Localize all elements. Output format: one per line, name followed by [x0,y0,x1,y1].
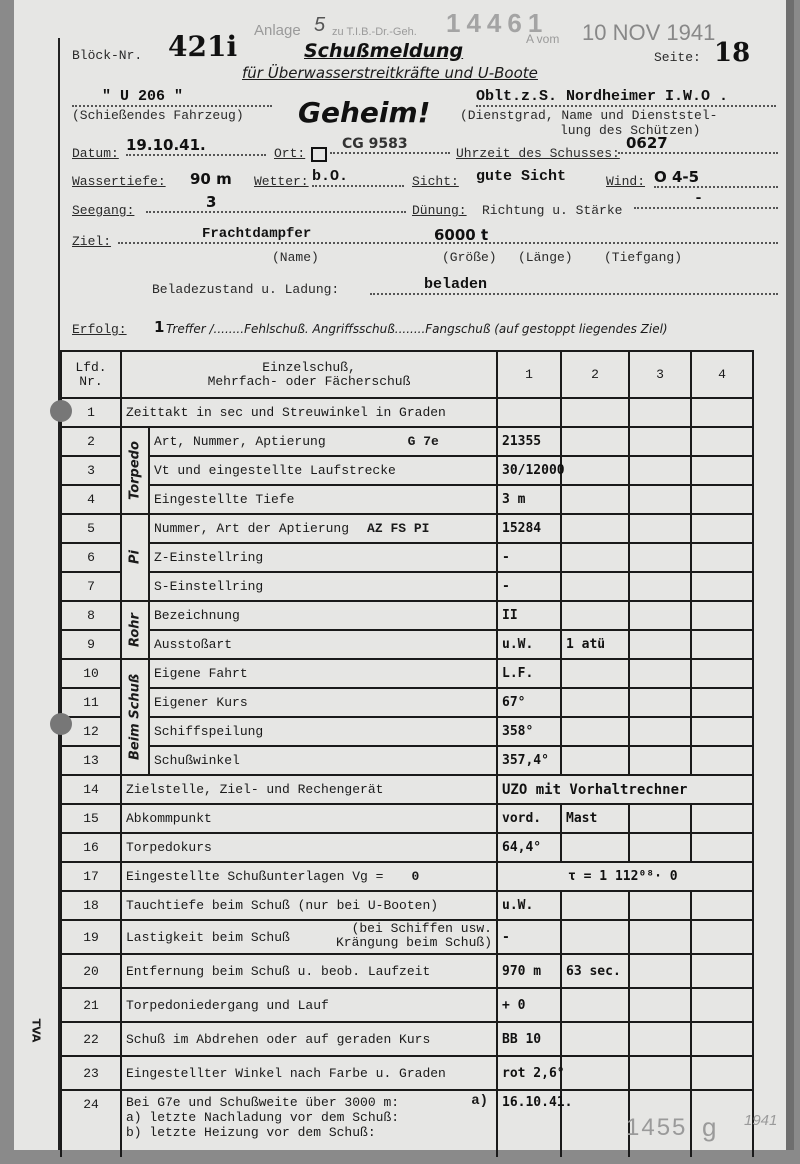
page-number: 18 [714,38,750,68]
row-value-4[interactable] [691,746,753,775]
row-value-1[interactable]: 64,4° [497,833,561,862]
row-value-4[interactable] [691,988,753,1022]
row-value-3[interactable] [629,1056,691,1090]
row-value-3[interactable] [629,804,691,833]
row-value-2[interactable] [561,601,629,630]
row-nr: 9 [61,630,121,659]
row-value-4[interactable] [691,804,753,833]
row-value-4[interactable] [691,920,753,954]
punch-hole-bottom [50,713,72,735]
row-value-4[interactable] [691,717,753,746]
uhrzeit-value[interactable]: 0627 [618,134,778,154]
row-value-3[interactable] [629,427,691,456]
row-nr: 15 [61,804,121,833]
row-label: Z-Einstellring [149,543,497,572]
stamp-anlage: Anlage [254,22,301,39]
row-value-3[interactable] [629,988,691,1022]
row-label: Vt und eingestellte Laufstrecke [149,456,497,485]
table-row: 12Schiffspeilung358° [61,717,753,746]
table-row: 16Torpedokurs64,4° [61,833,753,862]
row-label: Torpedokurs [121,833,497,862]
row-value-4[interactable] [691,688,753,717]
table-row: 3Vt und eingestellte Laufstrecke30/12000 [61,456,753,485]
row-value-1[interactable]: II [497,601,561,630]
wetter-label: Wetter: [254,174,309,189]
datum-value[interactable]: 19.10.41. [126,136,266,156]
group-pi: Pi [121,514,149,601]
row-label: Lastigkeit beim Schuß(bei Schiffen usw. … [121,920,497,954]
row-value-2[interactable] [561,543,629,572]
row-value-1[interactable]: 357,4° [497,746,561,775]
table-row: 23Eingestellter Winkel nach Farbe u. Gra… [61,1056,753,1090]
table-row: 1Zeittakt in sec und Streuwinkel in Grad… [61,398,753,427]
row-value-2[interactable]: 1 atü [561,630,629,659]
row-label-main: Bei G7e und Schußweite über 3000 m: [126,1095,492,1110]
row-nr: 18 [61,891,121,920]
row-value-2[interactable] [561,833,629,862]
document-page: Blöck-Nr. 421i Anlage 5 zu T.I.B.-Dr.-Ge… [14,0,794,1150]
table-row: 4Eingestellte Tiefe3 m [61,485,753,514]
wassertiefe-label: Wassertiefe: [72,174,166,189]
form-subtitle: für Überwasserstreitkräfte und U-Boote [242,64,538,82]
row-value-2[interactable]: Mast [561,804,629,833]
row-value-4[interactable] [691,601,753,630]
ziel-label: Ziel: [72,234,111,249]
row-value-1[interactable] [497,398,561,427]
secret-mark: Geheim! [298,96,430,129]
seegang-value[interactable]: 3 [146,193,406,213]
ziel-groesse-value[interactable]: 6000 t [434,226,488,244]
ort-value[interactable]: CG 9583 [330,136,450,154]
row-value-3[interactable] [629,485,691,514]
row-value-2[interactable]: 63 sec. [561,954,629,988]
row-label: Schußwinkel [149,746,497,775]
row-value-3[interactable] [629,398,691,427]
beladung-value[interactable]: beladen [370,276,778,295]
row-value-3[interactable] [629,659,691,688]
vessel-label: (Schießendes Fahrzeug) [72,108,244,123]
row-label: Eingestellte Schußunterlagen Vg =0 [121,862,497,891]
row-value-2[interactable] [561,398,629,427]
row-value-1[interactable]: 970 m [497,954,561,988]
row-nr: 16 [61,833,121,862]
wassertiefe-value[interactable]: 90 m [190,170,232,188]
table-row: 8RohrBezeichnungII [61,601,753,630]
row-value-3[interactable] [629,456,691,485]
stamp-a-vom: A vom [526,32,559,46]
row-nr: 6 [61,543,121,572]
row-nr: 24 [61,1090,121,1157]
row-value-1[interactable]: - [497,920,561,954]
row-value-2[interactable] [561,688,629,717]
row-value-3[interactable] [629,833,691,862]
row-value-4[interactable] [691,514,753,543]
row-value-1[interactable]: u.W. [497,891,561,920]
row-value-3[interactable] [629,920,691,954]
row-label: Eigener Kurs [149,688,497,717]
table-row: 10Beim SchußEigene FahrtL.F. [61,659,753,688]
row-value-4[interactable] [691,954,753,988]
page-label: Seite: [654,50,701,65]
row-label-a: a) letzte Nachladung vor dem Schuß: [126,1110,492,1125]
beladung-label: Beladezustand u. Ladung: [152,282,339,297]
erfolg-text: Treffer /........Fehlschuß. Angriffsschu… [166,322,668,336]
stamp-date: 10 NOV 1941 [582,20,715,46]
shot-table: Lfd. Nr. Einzelschuß,Mehrfach- oder Fäch… [60,350,754,1157]
row-nr: 3 [61,456,121,485]
row-nr: 7 [61,572,121,601]
block-label: Blöck-Nr. [72,48,142,63]
row-label: Eingestellter Winkel nach Farbe u. Grade… [121,1056,497,1090]
group-beim-schuss: Beim Schuß [121,659,149,775]
shooter-value: Oblt.z.S. Nordheimer I.W.O . [476,88,776,107]
table-row: 11Eigener Kurs67° [61,688,753,717]
table-row: 7S-Einstellring- [61,572,753,601]
row-value-2[interactable] [561,1056,629,1090]
row-nr: 13 [61,746,121,775]
table-row: 18Tauchtiefe beim Schuß (nur bei U-Boote… [61,891,753,920]
row-value-2[interactable] [561,746,629,775]
row-value-4[interactable] [691,891,753,920]
header-nr: Lfd. Nr. [61,351,121,398]
row-label: Eingestellte Tiefe [149,485,497,514]
row-label: S-Einstellring [149,572,497,601]
row-nr: 19 [61,920,121,954]
erfolg-label: Erfolg: [72,322,127,337]
row-value-4[interactable] [691,1022,753,1056]
row-value-2[interactable] [561,1022,629,1056]
erfolg-value[interactable]: 1 [154,318,164,336]
row-value-1[interactable]: 16.10.41. [497,1090,561,1157]
row-value-3[interactable] [629,514,691,543]
table-row: 22Schuß im Abdrehen oder auf geraden Kur… [61,1022,753,1056]
row-nr: 14 [61,775,121,804]
row-value-1[interactable]: 67° [497,688,561,717]
row-label: Art, Nummer, AptierungG 7e [149,427,497,456]
header-desc-2: Mehrfach- oder Fächerschuß [208,374,411,389]
duenung-text: Richtung u. Stärke [482,203,622,218]
stamp-anlage-number: 5 [314,14,325,37]
ort-label: Ort: [274,146,305,161]
stamp-ref: zu T.I.B.-Dr.-Geh. [332,26,417,38]
block-number: 421i [168,30,237,63]
header-col-3: 3 [629,351,691,398]
row-value-1[interactable]: rot 2,6° [497,1056,561,1090]
row-value-3[interactable] [629,717,691,746]
row-value-1[interactable]: - [497,572,561,601]
row-value-1[interactable]: UZO mit Vorhaltrechner [497,775,753,804]
row-value-2[interactable] [561,572,629,601]
row-value-1[interactable]: 3 m [497,485,561,514]
row-nr: 2 [61,427,121,456]
duenung-value[interactable]: - [634,190,778,209]
wind-label: Wind: [606,174,645,189]
row-value-3[interactable] [629,601,691,630]
row-extra: a) [471,1094,488,1109]
bottom-stamp-year: 1941 [744,1112,777,1129]
row-label-b: b) letzte Heizung vor dem Schuß: [126,1125,492,1140]
row-label: Schuß im Abdrehen oder auf geraden Kurs [121,1022,497,1056]
row-value-4[interactable] [691,398,753,427]
row-value-4[interactable] [691,659,753,688]
seegang-label: Seegang: [72,203,134,218]
group-rohr: Rohr [121,601,149,659]
table-row: 5PiNummer, Art der AptierungAZ FS PI1528… [61,514,753,543]
row-value-2[interactable] [561,988,629,1022]
ort-checkbox[interactable] [311,147,327,162]
row-value-2[interactable] [561,659,629,688]
row-nr: 8 [61,601,121,630]
row-value-3[interactable] [629,688,691,717]
ziel-sub-laenge: (Länge) [518,250,573,265]
table-row: 14Zielstelle, Ziel- und RechengerätUZO m… [61,775,753,804]
sicht-label: Sicht: [412,174,459,189]
row-label: Tauchtiefe beim Schuß (nur bei U-Booten) [121,891,497,920]
table-row: 9Ausstoßartu.W.1 atü [61,630,753,659]
header-col-4: 4 [691,351,753,398]
row-value-3[interactable] [629,891,691,920]
row-value-1[interactable]: + 0 [497,988,561,1022]
row-value-4[interactable] [691,543,753,572]
row-extra: (bei Schiffen usw. Krängung beim Schuß) [316,922,492,950]
duenung-label: Dünung: [412,203,467,218]
row-value-1[interactable]: BB 10 [497,1022,561,1056]
table-row: 6Z-Einstellring- [61,543,753,572]
row-label: Zielstelle, Ziel- und Rechengerät [121,775,497,804]
row-extra: AZ FS PI [367,521,429,536]
row-nr: 11 [61,688,121,717]
row-value-1[interactable]: 30/12000 [497,456,561,485]
bottom-stamp-number: 1455 [626,1114,687,1142]
table-row: 21Torpedoniedergang und Lauf+ 0 [61,988,753,1022]
header-desc-1: Einzelschuß, [262,360,356,375]
row-value-1[interactable]: u.W. [497,630,561,659]
ziel-sub-name: (Name) [272,250,319,265]
wind-value[interactable]: O 4-5 [654,168,778,188]
row-value-2[interactable] [561,485,629,514]
row-value-3[interactable] [629,572,691,601]
row-value-2[interactable] [561,427,629,456]
row-value-2[interactable] [561,514,629,543]
table-row: 17Eingestellte Schußunterlagen Vg =0τ = … [61,862,753,891]
row-value-2[interactable] [561,717,629,746]
header-col-2: 2 [561,351,629,398]
row-label: Torpedoniedergang und Lauf [121,988,497,1022]
row-value-2[interactable] [561,456,629,485]
row-extra: 0 [411,869,419,884]
table-row: 19Lastigkeit beim Schuß(bei Schiffen usw… [61,920,753,954]
table-row: 2TorpedoArt, Nummer, AptierungG 7e21355 [61,427,753,456]
row-value-1[interactable]: L.F. [497,659,561,688]
row-nr: 21 [61,988,121,1022]
row-nr: 23 [61,1056,121,1090]
row-nr: 22 [61,1022,121,1056]
row-label: Eigene Fahrt [149,659,497,688]
shooter-label-1: (Dienstgrad, Name und Dienststel- [460,108,717,123]
vessel-value: " U 206 " [72,88,272,107]
row-nr: 20 [61,954,121,988]
row-value-1[interactable]: 21355 [497,427,561,456]
row-value-3[interactable] [629,543,691,572]
form-title: Schußmeldung [304,40,463,62]
row-value-3[interactable] [629,630,691,659]
margin-tva: TVA [29,1019,42,1043]
row-value-3[interactable] [629,746,691,775]
bottom-stamp-suffix: g [702,1112,716,1143]
row-extra: G 7e [408,434,439,449]
row-nr: 4 [61,485,121,514]
row-label: Entfernung beim Schuß u. beob. Laufzeit [121,954,497,988]
row-label: Bezeichnung [149,601,497,630]
row-value-2[interactable] [561,891,629,920]
table-row: 20Entfernung beim Schuß u. beob. Laufzei… [61,954,753,988]
table-header: Lfd. Nr. Einzelschuß,Mehrfach- oder Fäch… [61,351,753,398]
row-value-1[interactable]: 358° [497,717,561,746]
row-label: Nummer, Art der AptierungAZ FS PI [149,514,497,543]
row-label: Bei G7e und Schußweite über 3000 m: a) l… [121,1090,497,1157]
row-nr: 10 [61,659,121,688]
row-label: Abkommpunkt [121,804,497,833]
row-value-4[interactable] [691,630,753,659]
ziel-sub-tiefgang: (Tiefgang) [604,250,682,265]
row-label: Zeittakt in sec und Streuwinkel in Grade… [121,398,497,427]
row-value-4[interactable] [691,427,753,456]
row-value-4[interactable] [691,1056,753,1090]
row-value-1[interactable]: 15284 [497,514,561,543]
row-value-4[interactable] [691,456,753,485]
table-row: 13Schußwinkel357,4° [61,746,753,775]
row-value-1[interactable]: vord. [497,804,561,833]
table-row: 15Abkommpunktvord.Mast [61,804,753,833]
sicht-value[interactable]: gute Sicht [476,168,566,185]
ziel-sub-groesse: (Größe) [442,250,497,265]
row-label: Schiffspeilung [149,717,497,746]
row-value-1[interactable]: - [497,543,561,572]
row-label: Ausstoßart [149,630,497,659]
row-nr: 17 [61,862,121,891]
row-value-2[interactable] [561,920,629,954]
wetter-value[interactable]: b.O. [312,168,404,187]
row-nr: 5 [61,514,121,543]
row-value-4[interactable] [691,833,753,862]
row-value-4[interactable] [691,572,753,601]
punch-hole-top [50,400,72,422]
group-torpedo: Torpedo [121,427,149,514]
row-value-3[interactable] [629,954,691,988]
datum-label: Datum: [72,146,119,161]
row-value-4[interactable] [691,485,753,514]
header-desc: Einzelschuß,Mehrfach- oder Fächerschuß [121,351,497,398]
uhrzeit-label: Uhrzeit des Schusses: [456,146,620,161]
row-value-3[interactable] [629,1022,691,1056]
header-col-1: 1 [497,351,561,398]
row-value-2[interactable]: τ = 1 112⁰⁸· 0 [497,862,753,891]
